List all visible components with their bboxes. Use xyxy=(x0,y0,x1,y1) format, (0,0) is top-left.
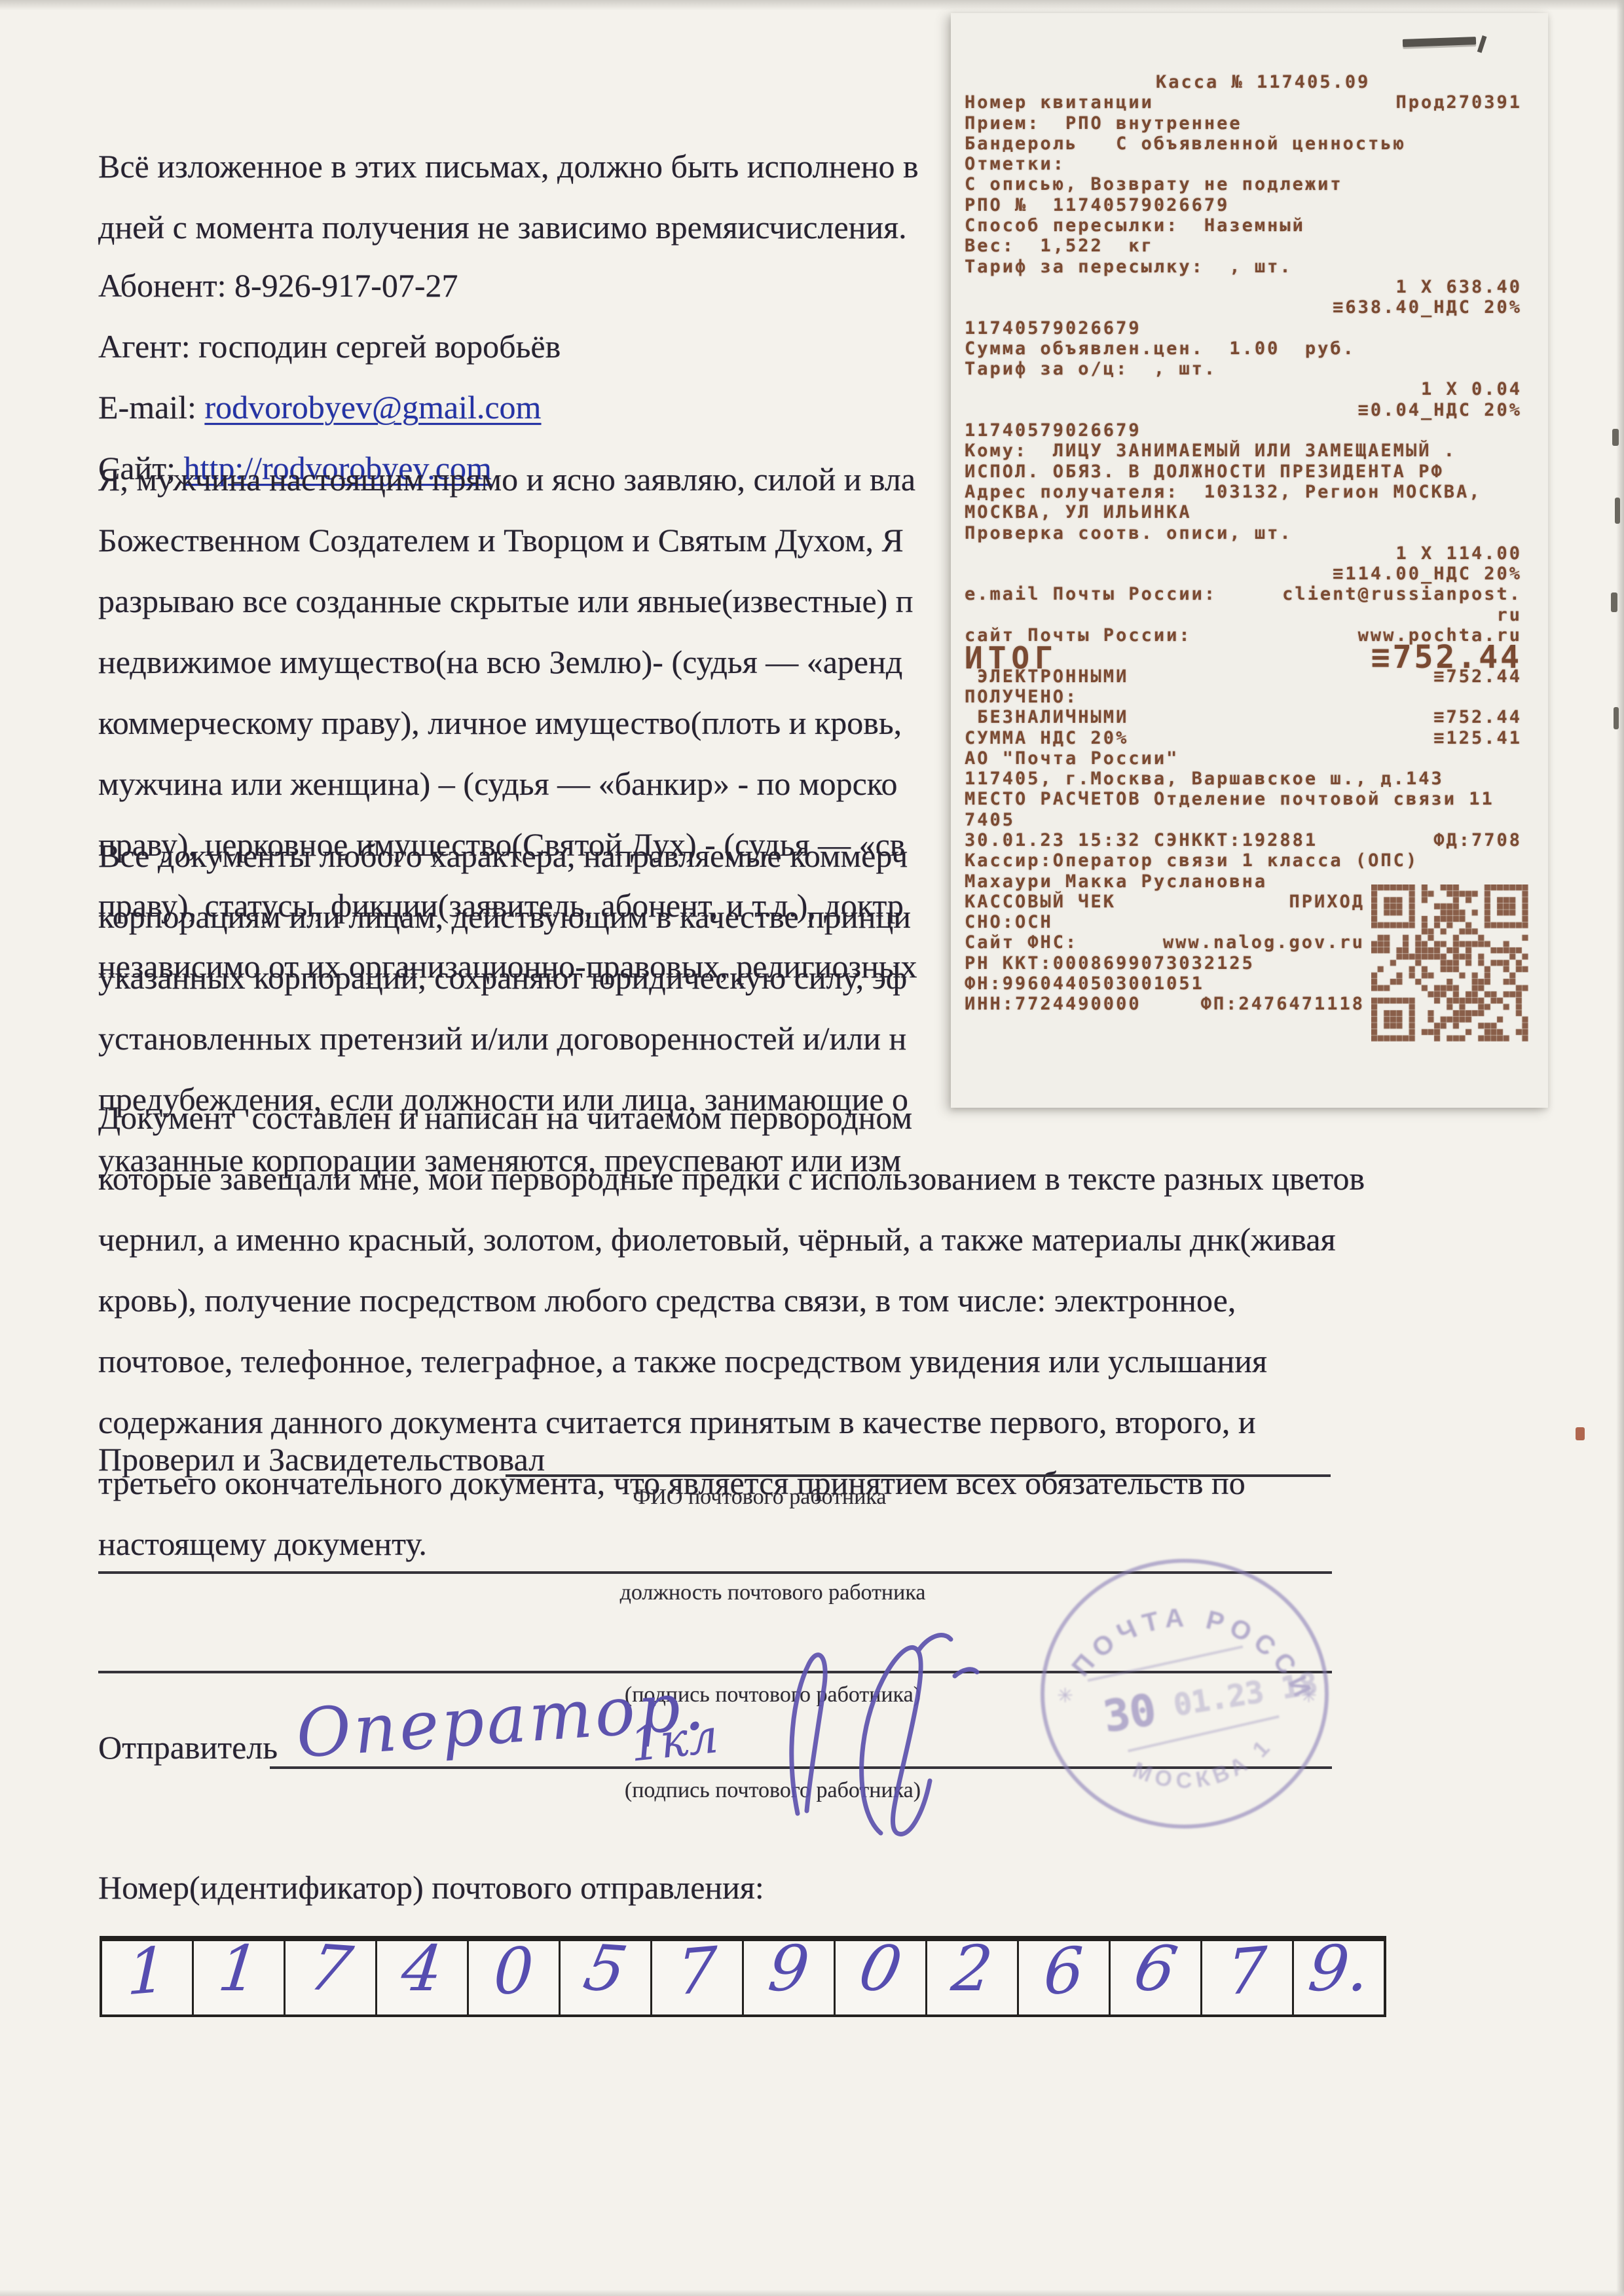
id-digit-cell: 5 xyxy=(561,1941,652,2014)
receipt-text-left: 30.01.23 15:32 СЭНККТ:192881 xyxy=(965,830,1318,850)
receipt-text-left: Касса № 117405.09 xyxy=(1156,72,1370,92)
receipt-text-left: Бандероль С объявленной ценностью xyxy=(965,134,1406,154)
id-digit: 7 xyxy=(278,1929,382,2008)
id-digit: 4 xyxy=(373,1932,471,2005)
receipt-text-left: МОСКВА, УЛ ИЛЬИНКА xyxy=(965,502,1192,522)
email-label: E-mail: xyxy=(98,389,204,426)
qr-code xyxy=(1371,884,1528,1042)
id-digit-cell: 0 xyxy=(836,1941,927,2014)
receipt-line: ИТОГ≡752.44 xyxy=(965,646,1522,666)
receipt-text-left: 117405, г.Москва, Варшавское ш., д.143 xyxy=(965,769,1444,789)
receipt-line: Способ пересылки: Наземный xyxy=(965,215,1522,236)
verify-label: Проверил и Засвидетельствовал xyxy=(98,1440,545,1478)
receipt-text-left: Номер квитанции xyxy=(965,92,1154,113)
receipt-text-right: ФД:7708 xyxy=(1433,830,1522,850)
receipt-line: ИСПОЛ. ОБЯЗ. В ДОЛЖНОСТИ ПРЕЗИДЕНТА РФ xyxy=(965,462,1522,482)
receipt-text-left: КАССОВЫЙ ЧЕК xyxy=(965,892,1116,912)
receipt-line: МЕСТО РАСЧЕТОВ Отделение почтовой связи … xyxy=(965,789,1522,809)
receipt-line: ≡638.40_НДС 20% xyxy=(965,297,1522,318)
receipt-text-left: МЕСТО РАСЧЕТОВ Отделение почтовой связи … xyxy=(965,789,1494,809)
receipt-text-left: С описью, Возврату не подлежит xyxy=(965,174,1343,194)
id-digit-cell: 1 xyxy=(102,1941,194,2014)
scan-edge-top xyxy=(0,0,1624,10)
receipt-text-right: 1 X 0.04 xyxy=(1421,379,1522,399)
id-digit: 9 xyxy=(740,1932,838,2005)
fio-signature-line[interactable] xyxy=(506,1440,1331,1477)
agent-line: Агент: господин сергей воробьёв xyxy=(98,328,561,365)
receipt-text-left: Сайт ФНС: xyxy=(965,932,1078,953)
stamp-date-rest: 01.23 18 xyxy=(1171,1665,1319,1722)
receipt-text-left: 7405 xyxy=(965,810,1015,830)
stamp-arc-bottom-text: МОСКВА 11 xyxy=(1033,1550,1277,1793)
id-digit: 5 xyxy=(553,1929,657,2008)
receipt-text-left: e.mail Почты России: xyxy=(965,584,1217,604)
scan-artifact xyxy=(1612,429,1619,446)
receipt-text-left: РН ККТ:0008699073032125 xyxy=(965,953,1255,974)
letter-line: чернил, а именно красный, золотом, фиоле… xyxy=(98,1221,1365,1258)
svg-text:✳: ✳ xyxy=(1301,1685,1317,1707)
id-digit: 1 xyxy=(101,1931,193,2012)
receipt-text-right: ФП:2476471118 xyxy=(1201,994,1365,1014)
receipt-text-left: Сумма объявлен.цен. 1.00 руб. xyxy=(965,338,1356,359)
receipt-line: Прием: РПО внутреннее xyxy=(965,113,1522,134)
id-digit: 6 xyxy=(1018,1931,1110,2012)
id-digit-cell: 9 xyxy=(744,1941,836,2014)
letter-line: указанных корпораций, сохраняют юридичес… xyxy=(98,959,911,996)
id-digit-cell: 0 xyxy=(469,1941,561,2014)
receipt-text-left: Отметки: xyxy=(965,154,1065,174)
receipt-line: Тариф за о/ц: , шт. xyxy=(965,359,1522,379)
receipt-line: СУММА НДС 20%≡125.41 xyxy=(965,728,1522,748)
receipt-line: Тариф за пересылку: , шт. xyxy=(965,257,1522,277)
receipt-line: e.mail Почты России:client@russianpost. xyxy=(965,584,1522,604)
letter-line: корпорациям или лицам, действующим в кач… xyxy=(98,898,911,936)
email-line: E-mail: rodvorobyev@gmail.com xyxy=(98,389,561,426)
receipt-text-left: ИТОГ xyxy=(965,640,1058,676)
letter-line: Я, мужчина настоящим прямо и ясно заявля… xyxy=(98,461,917,498)
id-digit: 0 xyxy=(468,1931,560,2012)
receipt-text-left: ИСПОЛ. ОБЯЗ. В ДОЛЖНОСТИ ПРЕЗИДЕНТА РФ xyxy=(965,462,1444,482)
id-digit-cell: 6 xyxy=(1111,1941,1202,2014)
receipt-text-right: ≡0.04_НДС 20% xyxy=(1358,400,1522,420)
receipt-line: 11740579026679 xyxy=(965,318,1522,338)
id-digit: 9. xyxy=(1290,1932,1388,2005)
receipt-text-left: Тариф за о/ц: , шт. xyxy=(965,359,1217,379)
letter-line: недвижимое имущество(на всю Землю)- (суд… xyxy=(98,644,917,681)
abonent-line: Абонент: 8-926-917-07-27 xyxy=(98,267,561,304)
id-digit-cell: 7 xyxy=(286,1941,377,2014)
receipt-line: ru xyxy=(965,605,1522,625)
id-digit-cell: 9. xyxy=(1294,1941,1384,2014)
id-digit-cell: 4 xyxy=(377,1941,469,2014)
position-caption: должность почтового работника xyxy=(524,1580,1022,1605)
id-digit: 7 xyxy=(652,1931,743,2012)
receipt-text-left: ИНН:7724490000 xyxy=(965,994,1141,1014)
receipt-line: 117405, г.Москва, Варшавское ш., д.143 xyxy=(965,769,1522,789)
letter-line: коммерческому праву), личное имущество(п… xyxy=(98,704,917,742)
receipt-line: 1 X 0.04 xyxy=(965,379,1522,399)
handwritten-class: 1кл xyxy=(627,1708,721,1772)
scan-artifact xyxy=(1576,1427,1585,1440)
receipt-text-right: 1 X 638.40 xyxy=(1395,277,1522,297)
receipt-text-right: ≡752.44 xyxy=(1371,639,1522,676)
receipt-line: Вес: 1,522 кг xyxy=(965,236,1522,256)
receipt-text-right: client@russianpost. xyxy=(1282,584,1522,604)
scan-edge-right xyxy=(1616,0,1624,2296)
letter-line: мужчина или женщина) – (судья — «банкир»… xyxy=(98,765,917,803)
letter-line: Всё изложенное в этих письмах, должно бы… xyxy=(98,148,919,185)
scan-artifact xyxy=(1615,498,1620,524)
receipt-line: Кассир:Оператор связи 1 класса (ОПС) xyxy=(965,850,1522,871)
receipt-text-left: Вес: 1,522 кг xyxy=(965,236,1154,256)
receipt-text-left: РПО № 11740579026679 xyxy=(965,195,1229,215)
receipt-line: БЕЗНАЛИЧНЫМИ≡752.44 xyxy=(965,707,1522,727)
letter-line: содержания данного документа считается п… xyxy=(98,1404,1365,1441)
receipt-line: ≡114.00_НДС 20% xyxy=(965,564,1522,584)
svg-text:✳: ✳ xyxy=(1057,1685,1073,1707)
scan-artifact xyxy=(1611,592,1617,612)
receipt-text-right: Прод270391 xyxy=(1395,92,1522,113)
id-digit-cell: 1 xyxy=(194,1941,286,2014)
receipt-text-left: ПОЛУЧЕНО: xyxy=(965,687,1078,707)
email-link[interactable]: rodvorobyev@gmail.com xyxy=(204,389,541,426)
receipt-text-right: www.nalog.gov.ru xyxy=(1163,932,1365,953)
id-digit: 0 xyxy=(828,1929,932,2008)
receipt-text-left: Адрес получателя: 103132, Регион МОСКВА, xyxy=(965,482,1481,502)
receipt-line: Проверка соотв. описи, шт. xyxy=(965,523,1522,543)
receipt-text-left: 11740579026679 xyxy=(965,420,1141,441)
scan-edge-bottom xyxy=(0,2289,1624,2296)
receipt-line: ≡0.04_НДС 20% xyxy=(965,400,1522,420)
receipt-text-left: Проверка соотв. описи, шт. xyxy=(965,523,1293,543)
id-digit: 6 xyxy=(1103,1929,1208,2008)
receipt-line: МОСКВА, УЛ ИЛЬИНКА xyxy=(965,502,1522,522)
receipt-text-left: Тариф за пересылку: , шт. xyxy=(965,257,1293,277)
id-digit-cell: 6 xyxy=(1019,1941,1111,2014)
receipt-line: Адрес получателя: 103132, Регион МОСКВА, xyxy=(965,482,1522,502)
paragraph-intro: Всё изложенное в этих письмах, должно бы… xyxy=(98,124,919,258)
id-digit: 2 xyxy=(923,1932,1021,2005)
receipt-line: 11740579026679 xyxy=(965,420,1522,441)
letter-line: разрываю все созданные скрытые или явные… xyxy=(98,583,917,620)
receipt-line: 7405 xyxy=(965,810,1522,830)
id-digit-cell: 7 xyxy=(652,1941,744,2014)
fio-caption: ФИО почтового работника xyxy=(517,1485,1002,1510)
letter-line: почтовое, телефонное, телеграфное, а так… xyxy=(98,1343,1365,1380)
receipt-line: Сумма объявлен.цен. 1.00 руб. xyxy=(965,338,1522,359)
receipt-text-right: ≡638.40_НДС 20% xyxy=(1333,297,1522,318)
postal-receipt: Касса № 117405.09Номер квитанцииПрод2703… xyxy=(951,13,1548,1108)
id-digit-cell: 2 xyxy=(927,1941,1019,2014)
receipt-text-left: Кому: ЛИЦУ ЗАНИМАЕМЫЙ ИЛИ ЗАМЕЩАЕМЫЙ . xyxy=(965,441,1456,461)
id-digit: 7 xyxy=(1202,1931,1293,2012)
receipt-lines: Касса № 117405.09Номер квитанцииПрод2703… xyxy=(965,72,1522,1015)
receipt-line: Касса № 117405.09 xyxy=(965,72,1522,92)
receipt-line: Бандероль С объявленной ценностью xyxy=(965,134,1522,154)
stamp-date-day: 30 xyxy=(1100,1685,1160,1742)
receipt-text-left: СНО:ОСН xyxy=(965,912,1053,932)
scan-artifact xyxy=(1614,707,1619,729)
receipt-text-right: 1 X 114.00 xyxy=(1395,543,1522,564)
scanned-document-page: { "letter": { "para1": [ "Всё изложенное… xyxy=(0,0,1624,2296)
receipt-text-left: АО "Почта России" xyxy=(965,748,1179,769)
tracking-id-label: Номер(идентификатор) почтового отправлен… xyxy=(98,1868,764,1906)
receipt-text-right: ≡752.44 xyxy=(1433,707,1522,727)
receipt-line: РПО № 11740579026679 xyxy=(965,195,1522,215)
letter-line: Божественном Создателем и Творцом и Свят… xyxy=(98,522,917,559)
letter-line: установленных претензий и/или договоренн… xyxy=(98,1020,911,1057)
sender-label: Отправитель xyxy=(98,1728,278,1766)
tracking-id-boxes: 11740579026679. xyxy=(100,1936,1386,2017)
receipt-text-left: БЕЗНАЛИЧНЫМИ xyxy=(965,707,1128,727)
receipt-text-left: ФН:9960440503001051 xyxy=(965,974,1204,994)
letter-line: которые завещали мне, мои первородные пр… xyxy=(98,1160,1365,1197)
receipt-line: АО "Почта России" xyxy=(965,748,1522,769)
receipt-line: 30.01.23 15:32 СЭНККТ:192881ФД:7708 xyxy=(965,830,1522,850)
id-digit-cell: 7 xyxy=(1202,1941,1294,2014)
letter-line: кровь), получение посредством любого сре… xyxy=(98,1282,1365,1319)
postal-stamp: ПОЧТА РОССИИ МОСКВА 11 30 01.23 18 ✳ ✳ xyxy=(1033,1550,1336,1840)
id-digit: 1 xyxy=(190,1932,287,2005)
receipt-line: 1 X 114.00 xyxy=(965,543,1522,564)
receipt-text-right: ru xyxy=(1496,605,1522,625)
receipt-text-left: Махаури Макка Руслановна xyxy=(965,871,1267,892)
receipt-text-left: Прием: РПО внутреннее xyxy=(965,113,1242,134)
receipt-line: ПОЛУЧЕНО: xyxy=(965,687,1522,707)
svg-text:МОСКВА 11: МОСКВА 11 xyxy=(1033,1550,1277,1793)
signature-flourish xyxy=(747,1617,1008,1853)
receipt-text-right: ≡125.41 xyxy=(1433,728,1522,748)
receipt-line: 1 X 638.40 xyxy=(965,277,1522,297)
receipt-line: С описью, Возврату не подлежит xyxy=(965,174,1522,194)
receipt-text-right: ПРИХОД xyxy=(1289,892,1365,912)
receipt-line: Отметки: xyxy=(965,154,1522,174)
receipt-text-left: СУММА НДС 20% xyxy=(965,728,1128,748)
receipt-line: Номер квитанцииПрод270391 xyxy=(965,92,1522,113)
receipt-text-right: ≡114.00_НДС 20% xyxy=(1333,564,1522,584)
receipt-text-left: Способ пересылки: Наземный xyxy=(965,215,1305,236)
letter-line: дней с момента получения не зависимо вре… xyxy=(98,209,919,246)
receipt-text-left: 11740579026679 xyxy=(965,318,1141,338)
receipt-text-left: Кассир:Оператор связи 1 класса (ОПС) xyxy=(965,850,1418,871)
letter-line: Все документы любого характера, направля… xyxy=(98,837,911,875)
receipt-line: Кому: ЛИЦУ ЗАНИМАЕМЫЙ ИЛИ ЗАМЕЩАЕМЫЙ . xyxy=(965,441,1522,461)
